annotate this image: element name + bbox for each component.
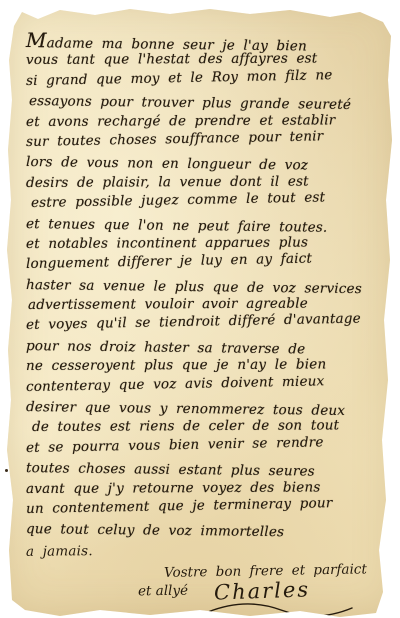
letter-lines: Madame ma bonne seur je l'ay bienvous ta… — [26, 30, 380, 540]
signature: Charles — [214, 577, 311, 604]
ink-speck — [5, 469, 8, 472]
scanned-letter-image: Madame ma bonne seur je l'ay bienvous ta… — [0, 0, 400, 618]
signature-flourish-icon — [206, 603, 356, 617]
letter-paper: Madame ma bonne seur je l'ay bienvous ta… — [0, 0, 400, 618]
closing-line-2: et allyé — [138, 582, 188, 599]
letter-body: Madame ma bonne seur je l'ay bienvous ta… — [26, 30, 380, 615]
signature-row: et allyé Charles — [26, 581, 380, 615]
letter-postline: a jamais. — [26, 538, 380, 563]
